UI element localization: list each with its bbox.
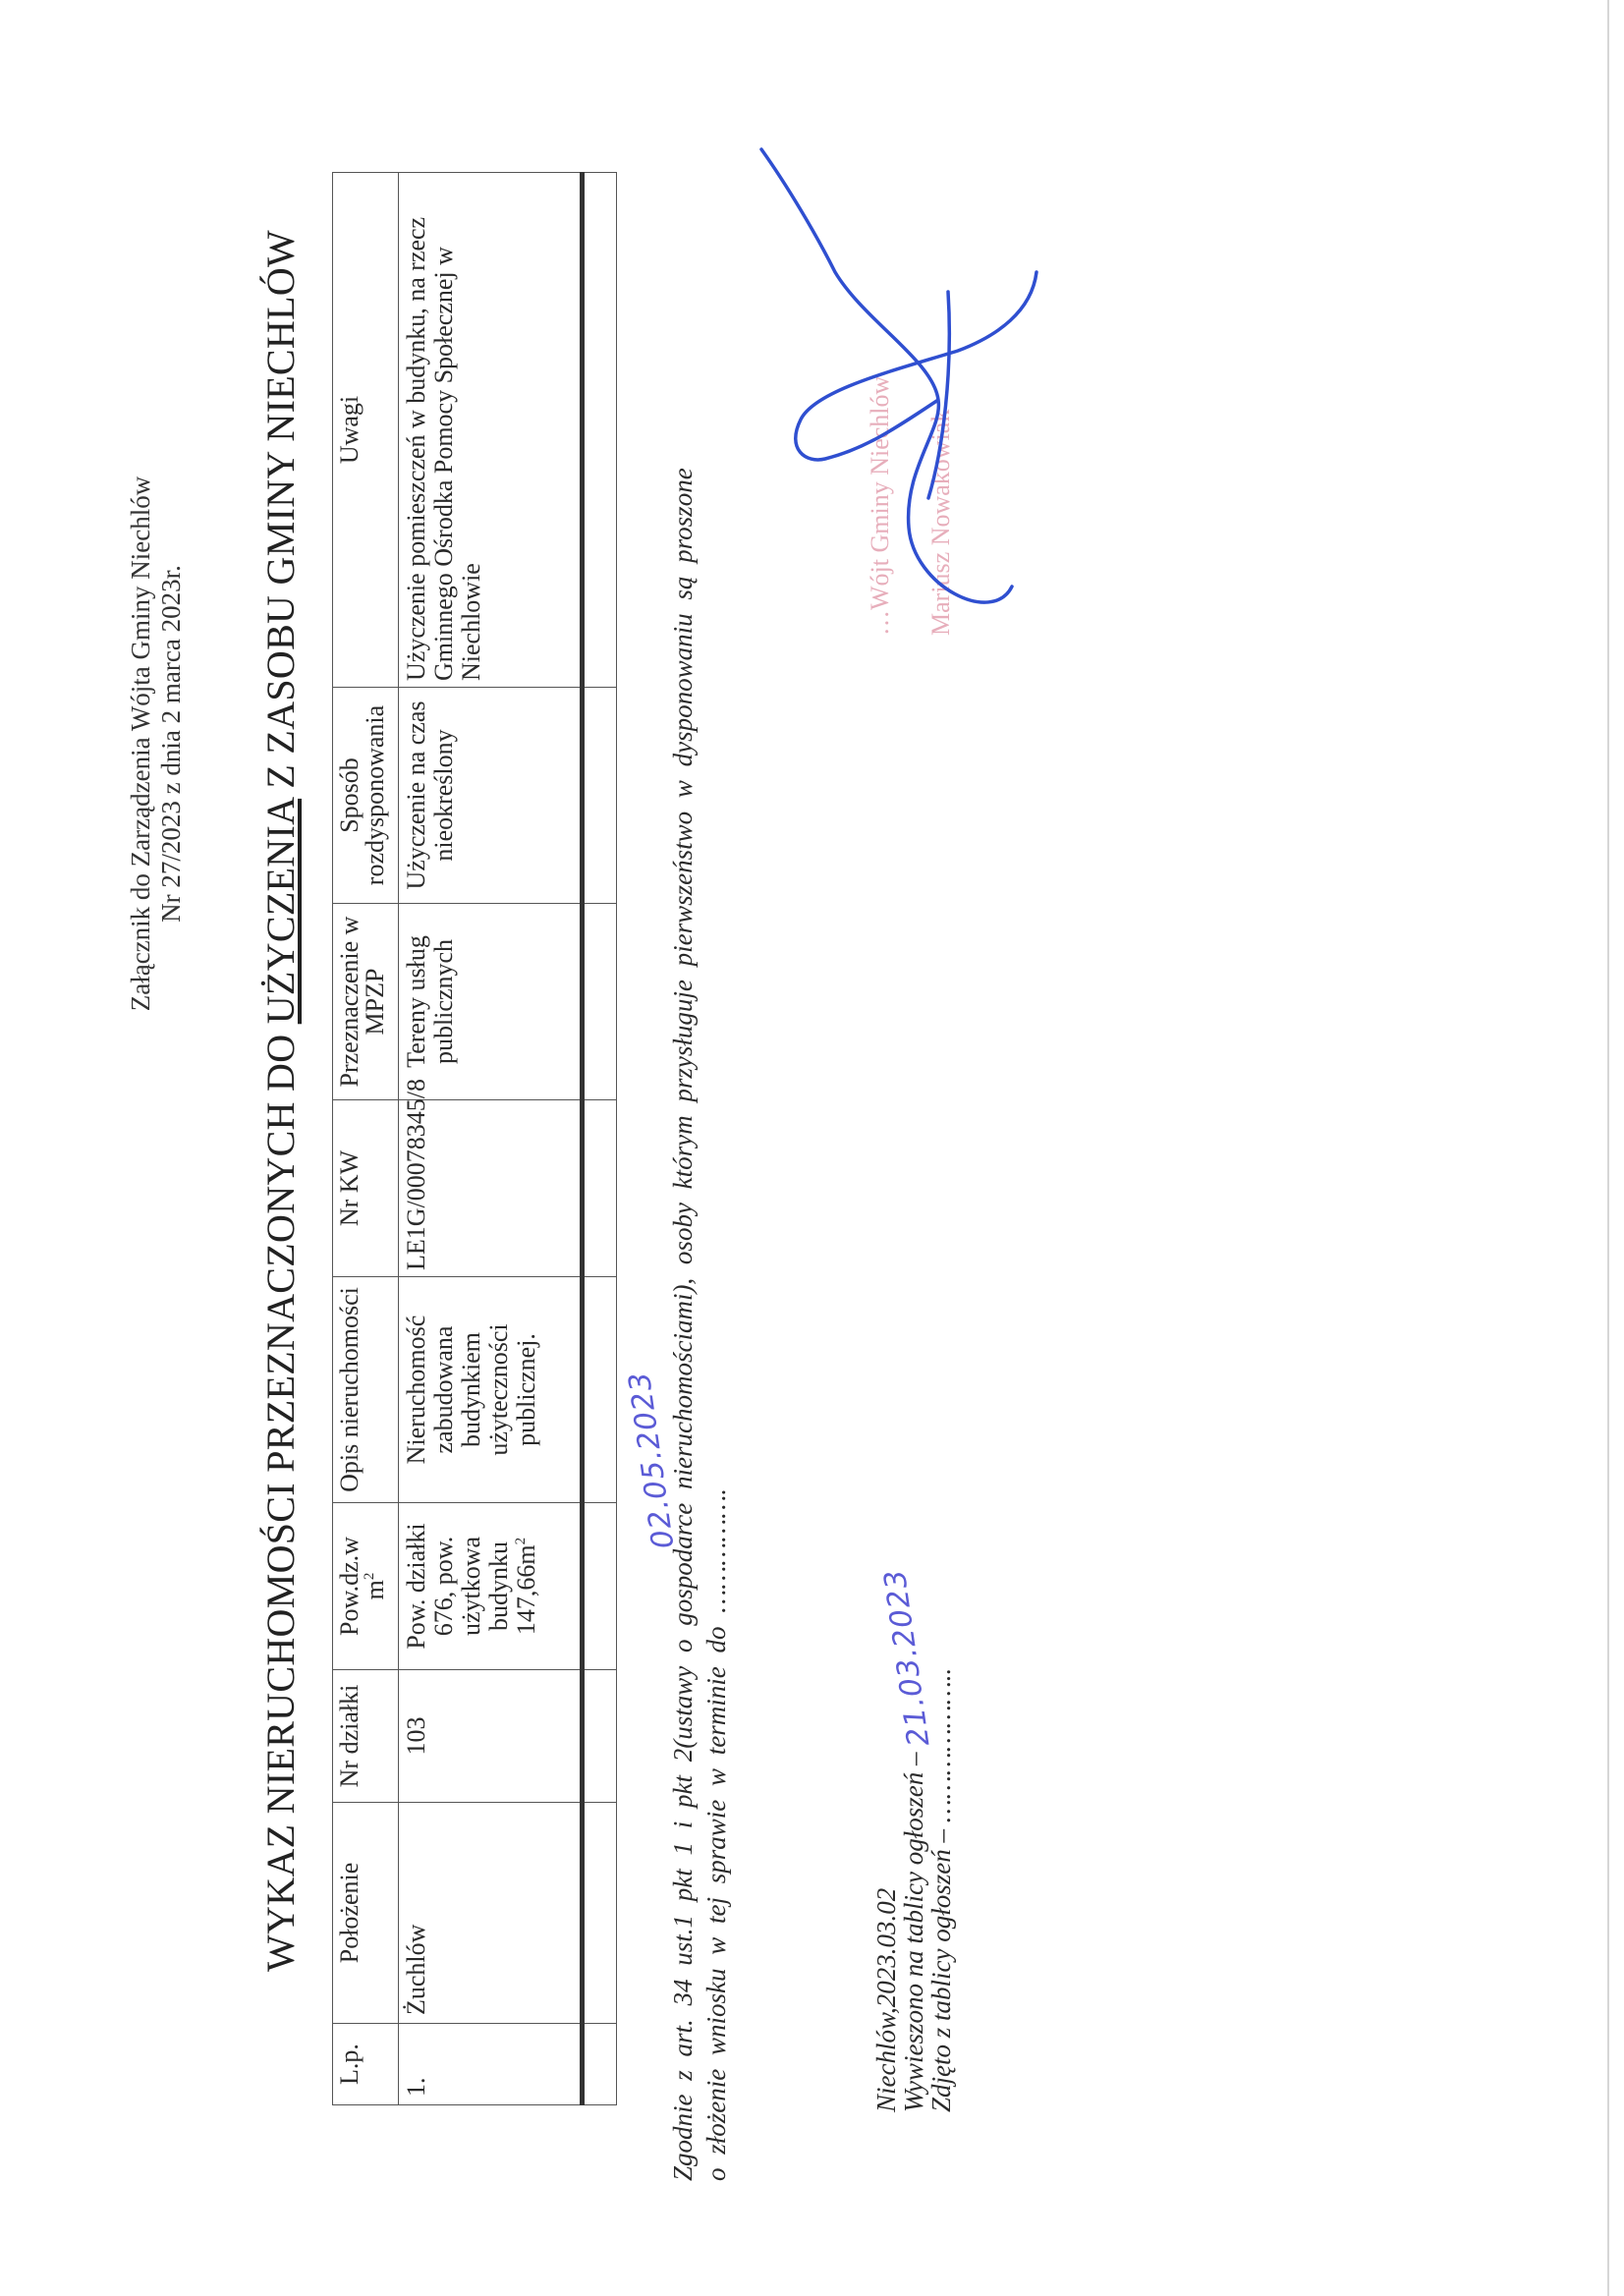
cell-polozenie: Żuchlów [399, 1803, 583, 2024]
empty-cell [583, 1803, 617, 2024]
title-underlined-word: UŻYCZENIA [258, 799, 303, 1024]
cell-nr-dzialki: 103 [399, 1670, 583, 1803]
removed-label: Zdjęto z tablicy ogłoszeń – [926, 1829, 956, 2112]
empty-cell [583, 173, 617, 688]
signature-icon [747, 135, 1041, 645]
cell-nr-kw: LE1G/00078345/8 [399, 1100, 583, 1277]
empty-cell [583, 904, 617, 1100]
posted-label: Wywieszono na tablicy ogłoszeń – [899, 1753, 928, 2112]
place-date: Niechlów,2023.03.02 [872, 1425, 900, 2112]
cell-sposob: Użyczenie na czas nieokreślony [399, 688, 583, 904]
empty-cell [583, 2024, 617, 2105]
document-page: Załącznik do Zarządzenia Wójta Gminy Nie… [0, 0, 1624, 2296]
cell-przeznaczenie: Tereny usług publicznych [399, 904, 583, 1100]
legal-notice-line-1: Zgodnie z art. 34 ust.1 pkt 1 i pkt 2(us… [666, 403, 700, 2181]
attachment-line-1: Załącznik do Zarządzenia Wójta Gminy Nie… [126, 469, 156, 1019]
removed-line: Zdjęto z tablicy ogłoszeń – ……………….. [927, 1425, 955, 2112]
cell-lp: 1. [399, 2024, 583, 2105]
cell-pow-sup: 2 [513, 1538, 529, 1545]
header-nr-kw: Nr KW [333, 1100, 399, 1277]
posting-footer: Niechlów,2023.03.02 Wywieszono na tablic… [872, 1425, 955, 2112]
legal-notice: Zgodnie z art. 34 ust.1 pkt 1 i pkt 2(us… [666, 403, 733, 2181]
empty-cell [583, 1277, 617, 1503]
empty-cell [583, 1100, 617, 1277]
title-part-1: WYKAZ NIERUCHOMOŚCI PRZEZNACZONYCH DO [258, 1024, 303, 1972]
legal-notice-deadline-label: o złożenie wniosku w tej sprawie w termi… [701, 1627, 731, 2181]
header-nr-dzialki: Nr działki [333, 1670, 399, 1803]
header-pow-sup: 2 [362, 1573, 377, 1581]
cell-uwagi: Użyczenie pomieszczeń w budynku, na rzec… [399, 173, 583, 688]
property-list-table: L.p. Położenie Nr działki Pow.dz.wm2 Opi… [332, 172, 617, 2105]
empty-cell [583, 1503, 617, 1670]
header-pow: Pow.dz.wm2 [333, 1503, 399, 1670]
table-empty-row [583, 173, 617, 2105]
legal-notice-deadline-dots: ……………. [701, 1488, 731, 1613]
header-pow-label: Pow.dz.w [335, 1537, 364, 1636]
cell-pow: Pow. działki 676, pow. użytkowa budynku … [399, 1503, 583, 1670]
attachment-header: Załącznik do Zarządzenia Wójta Gminy Nie… [126, 469, 187, 1019]
header-lp: L.p. [333, 2024, 399, 2105]
posted-line: Wywieszono na tablicy ogłoszeń –21.03.20… [900, 1425, 927, 2112]
table-header-row: L.p. Położenie Nr działki Pow.dz.wm2 Opi… [333, 173, 399, 2105]
header-opis: Opis nieruchomości [333, 1277, 399, 1503]
table-row: 1. Żuchlów 103 Pow. działki 676, pow. uż… [399, 173, 583, 2105]
cell-opis: Nieruchomość zabudowana budynkiem użytec… [399, 1277, 583, 1503]
empty-cell [583, 1670, 617, 1803]
header-sposob: Sposób rozdysponowania [333, 688, 399, 904]
document-title: WYKAZ NIERUCHOMOŚCI PRZEZNACZONYCH DO UŻ… [257, 262, 304, 1972]
header-pow-unit: m [361, 1580, 389, 1599]
header-polozenie: Położenie [333, 1803, 399, 2024]
legal-notice-line-2: o złożenie wniosku w tej sprawie w termi… [700, 403, 733, 2181]
header-uwagi: Uwagi [333, 173, 399, 688]
title-part-2: Z ZASOBU GMINY NIECHLÓW [258, 230, 303, 799]
empty-cell [583, 688, 617, 904]
removed-dots: ……………….. [926, 1668, 956, 1823]
attachment-line-2: Nr 27/2023 z dnia 2 marca 2023r. [156, 469, 187, 1019]
header-przeznaczenie: Przeznaczenie w MPZP [333, 904, 399, 1100]
